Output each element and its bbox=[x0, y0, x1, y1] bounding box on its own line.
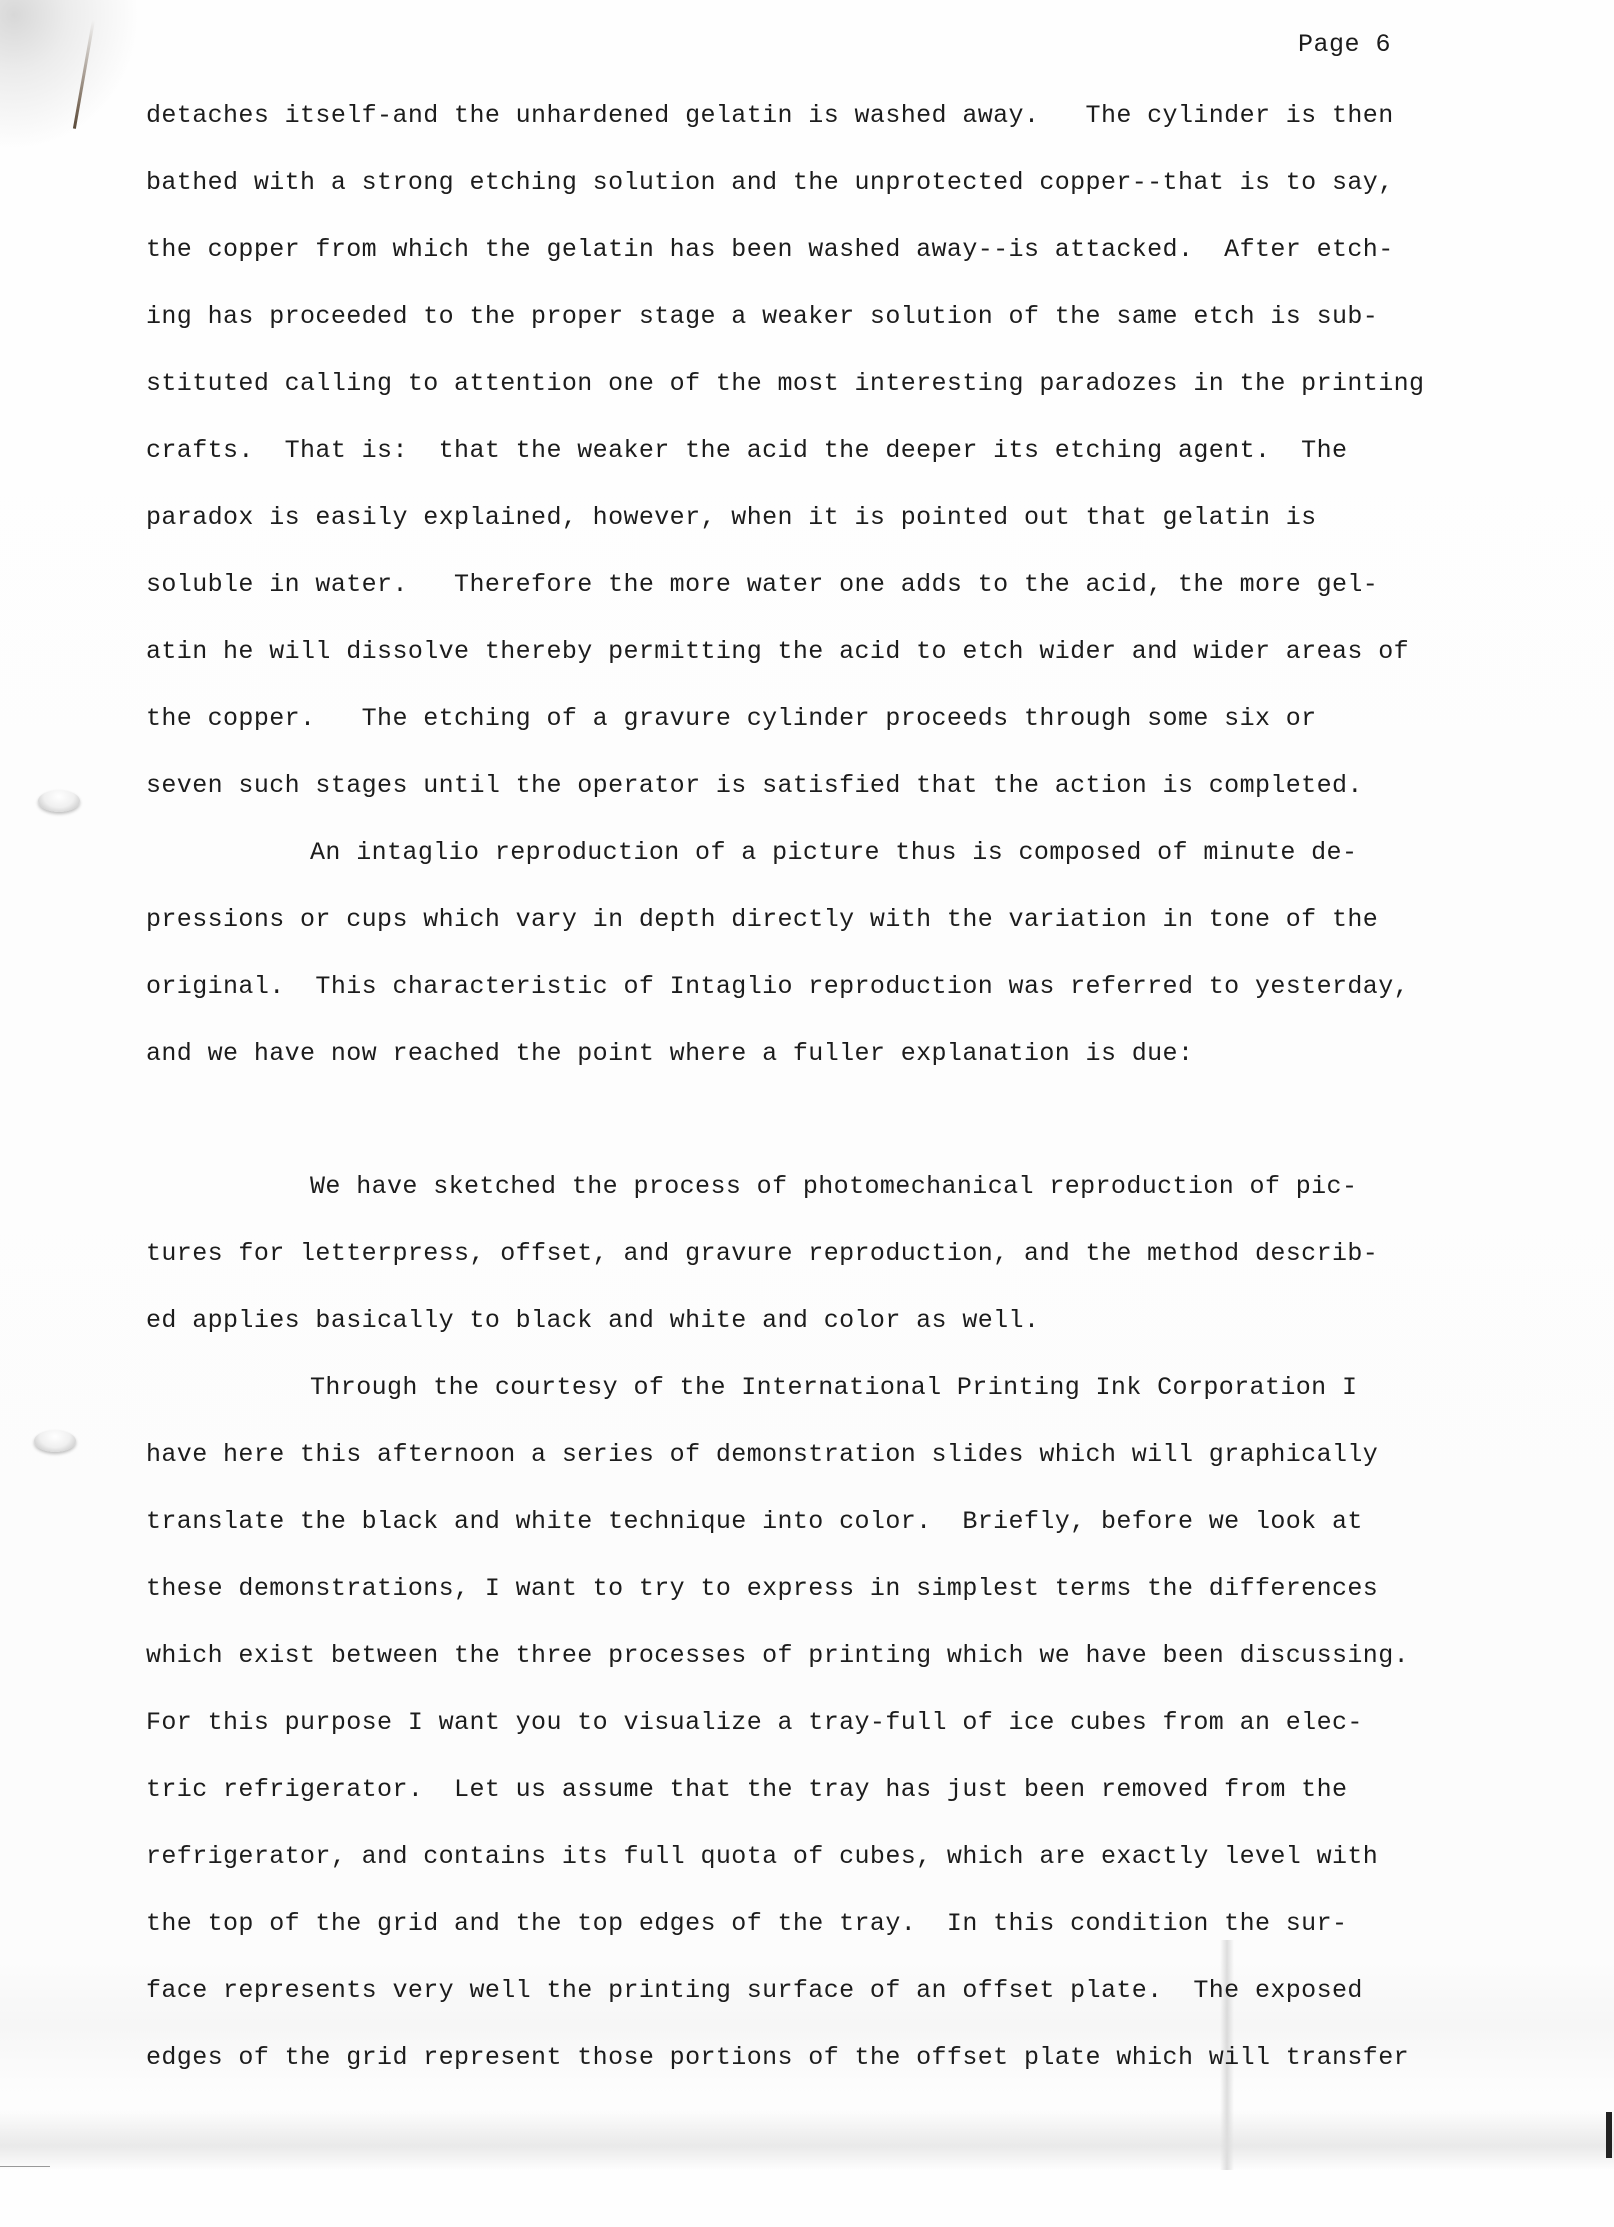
text-line: bathed with a strong etching solution an… bbox=[146, 159, 1586, 226]
document-page: Page 6 detaches itself-and the unhardene… bbox=[0, 0, 1614, 2227]
text-line: stituted calling to attention one of the… bbox=[146, 360, 1586, 427]
text-line: Through the courtesy of the Internationa… bbox=[146, 1364, 1586, 1431]
text-line: face represents very well the printing s… bbox=[146, 1967, 1586, 2034]
text-line: detaches itself-and the unhardened gelat… bbox=[146, 92, 1586, 159]
text-line: soluble in water. Therefore the more wat… bbox=[146, 561, 1586, 628]
text-line: these demonstrations, I want to try to e… bbox=[146, 1565, 1586, 1632]
text-line: the copper. The etching of a gravure cyl… bbox=[146, 695, 1586, 762]
text-line: have here this afternoon a series of dem… bbox=[146, 1431, 1586, 1498]
page-fold-line bbox=[0, 2166, 50, 2167]
text-line: and we have now reached the point where … bbox=[146, 1030, 1586, 1097]
text-line: the top of the grid and the top edges of… bbox=[146, 1900, 1586, 1967]
paragraph: Through the courtesy of the Internationa… bbox=[146, 1364, 1586, 2101]
page-fold-shadow bbox=[0, 2110, 1614, 2170]
text-line: tures for letterpress, offset, and gravu… bbox=[146, 1230, 1586, 1297]
text-line: which exist between the three processes … bbox=[146, 1632, 1586, 1699]
text-line: refrigerator, and contains its full quot… bbox=[146, 1833, 1586, 1900]
text-line: atin he will dissolve thereby permitting… bbox=[146, 628, 1586, 695]
text-line: ed applies basically to black and white … bbox=[146, 1297, 1586, 1364]
text-line: translate the black and white technique … bbox=[146, 1498, 1586, 1565]
text-line: edges of the grid represent those portio… bbox=[146, 2034, 1586, 2101]
typewritten-body: detaches itself-and the unhardened gelat… bbox=[146, 92, 1586, 2101]
paragraph: detaches itself-and the unhardened gelat… bbox=[146, 92, 1586, 829]
punch-hole-icon bbox=[34, 1430, 76, 1452]
punch-hole-icon bbox=[38, 790, 80, 812]
text-line: crafts. That is: that the weaker the aci… bbox=[146, 427, 1586, 494]
paragraph: An intaglio reproduction of a picture th… bbox=[146, 829, 1586, 1097]
text-line: For this purpose I want you to visualize… bbox=[146, 1699, 1586, 1766]
text-line: seven such stages until the operator is … bbox=[146, 762, 1586, 829]
text-line: An intaglio reproduction of a picture th… bbox=[146, 829, 1586, 896]
text-line: the copper from which the gelatin has be… bbox=[146, 226, 1586, 293]
text-line: We have sketched the process of photomec… bbox=[146, 1163, 1586, 1230]
paragraph: We have sketched the process of photomec… bbox=[146, 1163, 1586, 1364]
text-line: ing has proceeded to the proper stage a … bbox=[146, 293, 1586, 360]
text-line: original. This characteristic of Intagli… bbox=[146, 963, 1586, 1030]
text-line: tric refrigerator. Let us assume that th… bbox=[146, 1766, 1586, 1833]
text-line: paradox is easily explained, however, wh… bbox=[146, 494, 1586, 561]
text-line: pressions or cups which vary in depth di… bbox=[146, 896, 1586, 963]
page-number: Page 6 bbox=[1298, 30, 1391, 59]
page-edge-mark bbox=[1606, 2112, 1612, 2158]
corner-smudge bbox=[0, 0, 140, 150]
paragraph-gap bbox=[146, 1097, 1586, 1163]
